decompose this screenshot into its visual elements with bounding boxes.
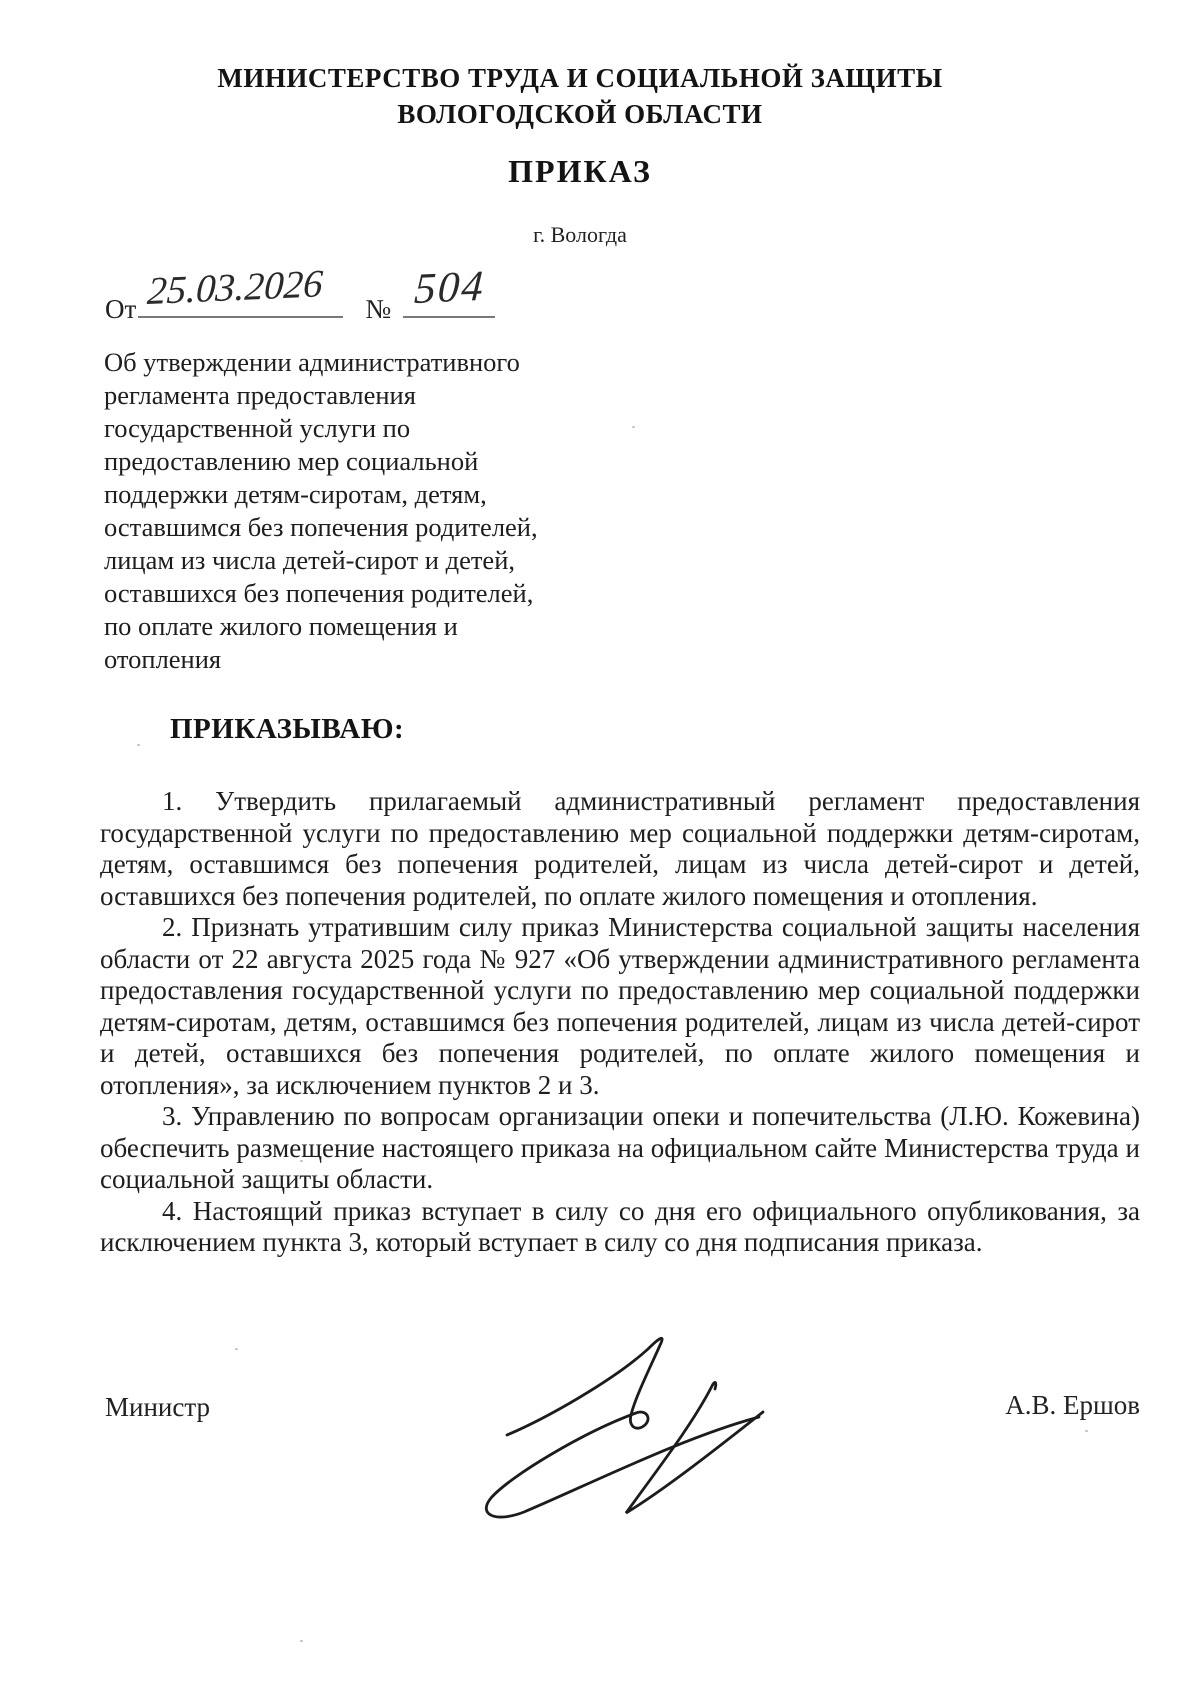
handwritten-date: 25.03.2026: [146, 261, 324, 314]
subject-line: поддержки детям-сиротам, детям,: [104, 478, 624, 511]
ministry-name-line2: ВОЛОГОДСКОЙ ОБЛАСТИ: [0, 96, 1160, 132]
subject-line: оставшихся без попечения родителей,: [104, 577, 624, 610]
from-label: От: [105, 294, 136, 325]
scan-noise-speck: [632, 426, 635, 428]
subject-line: государственной услуги по: [104, 412, 624, 445]
signer-name: А.В. Ершов: [0, 1390, 1140, 1421]
handwritten-number: 504: [413, 262, 486, 314]
order-heading: ПРИКАЗЫВАЮ:: [170, 713, 404, 746]
handwritten-signature: [452, 1322, 787, 1527]
city-label: г. Вологда: [0, 222, 1160, 248]
order-body: 1. Утвердить прилагаемый административны…: [100, 786, 1140, 1259]
subject-line: по оплате жилого помещения и: [104, 610, 624, 643]
number-label: №: [365, 294, 391, 325]
order-paragraph-3: 3. Управлению по вопросам организации оп…: [100, 1101, 1140, 1196]
ministry-letterhead: МИНИСТЕРСТВО ТРУДА И СОЦИАЛЬНОЙ ЗАЩИТЫ В…: [0, 60, 1160, 132]
scan-noise-speck: [493, 1151, 496, 1153]
scan-noise-speck: [235, 1348, 238, 1350]
order-paragraph-4: 4. Настоящий приказ вступает в силу со д…: [100, 1196, 1140, 1259]
subject-line: регламента предоставления: [104, 379, 624, 412]
number-fill-line: 504: [403, 282, 495, 318]
document-type-title: ПРИКАЗ: [0, 153, 1160, 190]
scan-noise-speck: [300, 1640, 303, 1642]
order-paragraph-2: 2. Признать утратившим силу приказ Минис…: [100, 912, 1140, 1101]
document-page: МИНИСТЕРСТВО ТРУДА И СОЦИАЛЬНОЙ ЗАЩИТЫ В…: [0, 0, 1200, 1697]
subject-line: Об утверждении административного: [104, 346, 624, 379]
scan-noise-speck: [137, 744, 140, 746]
subject-line: предоставлению мер социальной: [104, 445, 624, 478]
ministry-name-line1: МИНИСТЕРСТВО ТРУДА И СОЦИАЛЬНОЙ ЗАЩИТЫ: [0, 60, 1160, 96]
subject-line: лицам из числа детей-сирот и детей,: [104, 544, 624, 577]
date-fill-line: 25.03.2026: [138, 282, 343, 318]
subject-line: оставшимся без попечения родителей,: [104, 511, 624, 544]
order-subject: Об утверждении административного регламе…: [104, 346, 624, 676]
order-paragraph-1: 1. Утвердить прилагаемый административны…: [100, 786, 1140, 912]
scan-noise-speck: [1085, 1430, 1088, 1432]
requisites-line: От25.03.2026№504: [105, 282, 495, 325]
subject-line: отопления: [104, 643, 624, 676]
scan-noise-speck: [300, 1160, 303, 1162]
